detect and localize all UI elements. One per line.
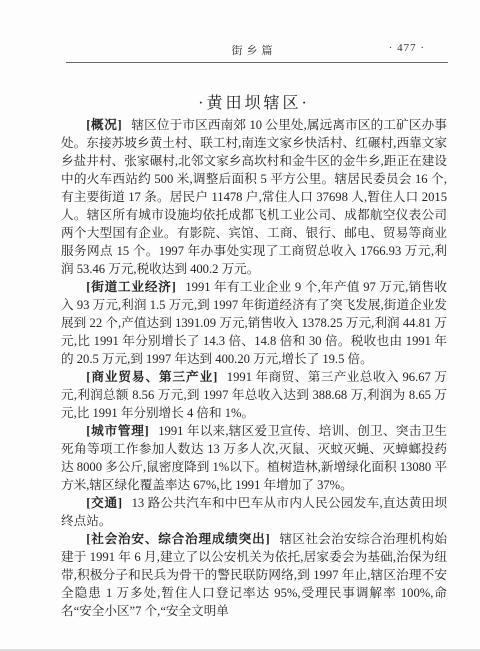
paragraph-text: 辖区位于市区西南郊 10 公里处,属远离市区的工矿区办事处。东接苏坡乡黄土村、联… (61, 118, 447, 276)
paragraph-commerce-tertiary: [商业贸易、第三产业]1991 年商贸、第三产业总收入 96.67 万元,利润总… (61, 368, 447, 422)
paragraph-city-management: [城市管理]1991 年以来,辖区爱卫宣传、培训、创卫、突击卫生死角等项工作参加… (61, 422, 447, 494)
paragraph-label: [街道工业经济] (86, 280, 176, 294)
header-rule (66, 62, 448, 63)
article-title: ·黄田坝辖区· (61, 90, 447, 113)
paragraph-label: [商业贸易、第三产业] (86, 370, 218, 384)
scanned-book-page: 街乡篇 · 477 · ·黄田坝辖区· [概况]辖区位于市区西南郊 10 公里处… (0, 0, 480, 651)
page-number: · 477 · (389, 42, 425, 54)
paragraph-label: [社会治安、综合治理成绩突出] (86, 532, 270, 546)
paragraph-street-industry: [街道工业经济]1991 年有工业企业 9 个,年产值 97 万元,销售收入 9… (61, 278, 447, 368)
paragraph-transport: [交通]13 路公共汽车和中巴车从市内人民公园发车,直达黄田坝终点站。 (61, 494, 447, 530)
page-header: 街乡篇 · 477 · (61, 42, 447, 58)
paragraph-public-security: [社会治安、综合治理成绩突出]辖区社会治安综合治理机构始建于 1991 年 6 … (61, 530, 447, 620)
article-body: [概况]辖区位于市区西南郊 10 公里处,属远离市区的工矿区办事处。东接苏坡乡黄… (61, 116, 447, 620)
paragraph-overview: [概况]辖区位于市区西南郊 10 公里处,属远离市区的工矿区办事处。东接苏坡乡黄… (61, 116, 447, 278)
paragraph-label: [城市管理] (86, 424, 149, 438)
paragraph-label: [交通] (86, 496, 122, 510)
paragraph-label: [概况] (86, 118, 122, 132)
